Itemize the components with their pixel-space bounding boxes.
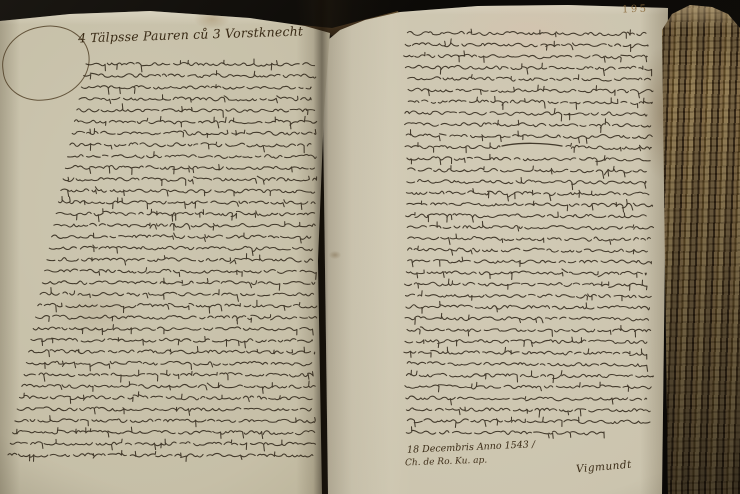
right-page (318, 3, 672, 494)
folio-number: 195 (622, 4, 649, 16)
page-stack-fore-edge (655, 0, 740, 494)
manuscript-photo: 4 Tälpsse Pauren ců 3 Vorstknecht 195 18… (0, 0, 740, 494)
